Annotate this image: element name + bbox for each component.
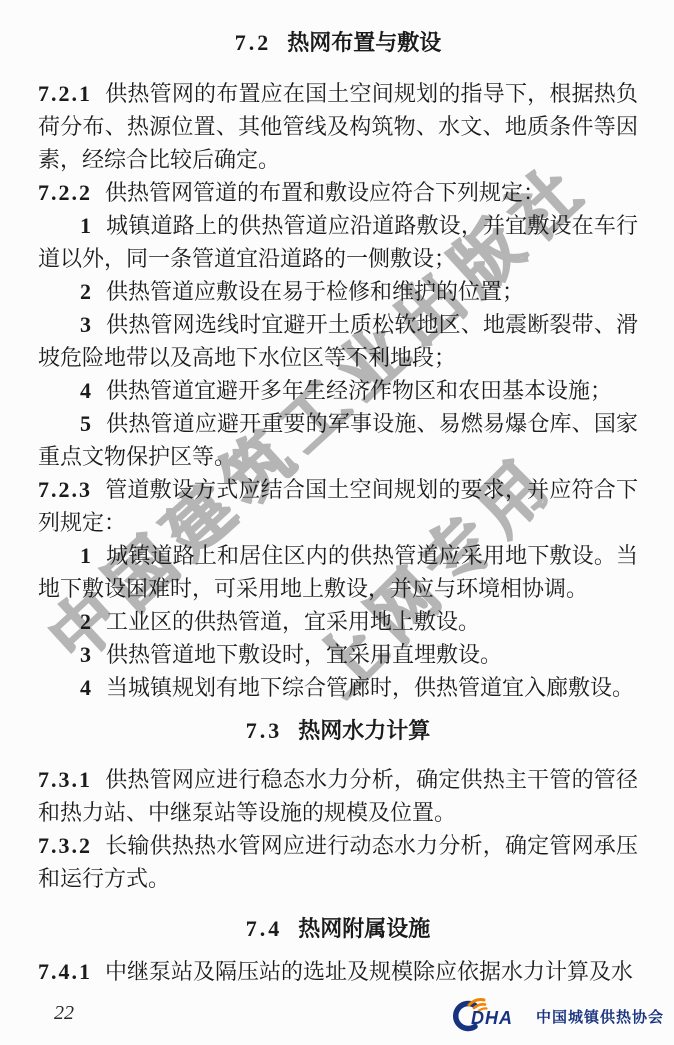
- item-number: 4: [80, 675, 91, 700]
- item-text: 供热管道应敷设在易于检修和维护的位置；: [106, 279, 524, 304]
- item-number: 2: [80, 609, 91, 634]
- list-item: 3供热管道地下敷设时，宜采用直埋敷设。: [38, 638, 638, 671]
- section-heading-7-3: 7.3热网水力计算: [38, 714, 638, 747]
- section-title: 热网水力计算: [298, 718, 430, 743]
- clause-number: 7.3.1: [38, 767, 92, 792]
- clause-text: 供热管网应进行稳态水力分析，确定供热主干管的管径和热力站、中继泵站等设施的规模及…: [38, 767, 638, 825]
- item-text: 供热管道宜避开多年生经济作物区和农田基本设施；: [106, 378, 612, 403]
- item-text: 工业区的供热管道，宜采用地上敷设。: [106, 609, 480, 634]
- clause-text: 中继泵站及隔压站的选址及规模除应依据水力计算及水: [105, 959, 633, 984]
- page-number: 22: [54, 1002, 74, 1025]
- clause-number: 7.2.2: [38, 180, 92, 205]
- clause-7-4-1: 7.4.1中继泵站及隔压站的选址及规模除应依据水力计算及水: [38, 955, 638, 988]
- dha-logo-icon: DHA: [449, 997, 529, 1035]
- association-name: 中国城镇供热协会: [536, 1006, 664, 1027]
- section-title: 热网布置与敷设: [287, 30, 441, 55]
- clause-text: 管道敷设方式应结合国土空间规划的要求，并应符合下列规定：: [38, 477, 638, 535]
- section-number: 7.3: [246, 718, 283, 743]
- clause-7-2-2: 7.2.2供热管网管道的布置和敷设应符合下列规定：: [38, 176, 638, 209]
- clause-number: 7.2.3: [38, 477, 92, 502]
- clause-7-2-3: 7.2.3管道敷设方式应结合国土空间规划的要求，并应符合下列规定：: [38, 473, 638, 539]
- item-number: 2: [80, 279, 91, 304]
- list-item: 1城镇道路上和居住区内的供热管道应采用地下敷设。当地下敷设困难时，可采用地上敷设…: [38, 539, 638, 605]
- item-text: 城镇道路上的供热管道应沿道路敷设，并宜敷设在车行道以外，同一条管道宜沿道路的一侧…: [38, 213, 638, 271]
- section-heading-7-4: 7.4热网附属设施: [38, 912, 638, 945]
- clause-text: 供热管网的布置应在国土空间规划的指导下，根据热负荷分布、热源位置、其他管线及构筑…: [38, 81, 638, 172]
- section-heading-7-2: 7.2热网布置与敷设: [38, 26, 638, 59]
- clause-number: 7.4.1: [38, 959, 92, 984]
- list-item: 1城镇道路上的供热管道应沿道路敷设，并宜敷设在车行道以外，同一条管道宜沿道路的一…: [38, 209, 638, 275]
- section-number: 7.2: [235, 30, 272, 55]
- item-number: 4: [80, 378, 91, 403]
- list-item: 2工业区的供热管道，宜采用地上敷设。: [38, 605, 638, 638]
- clause-7-2-1: 7.2.1供热管网的布置应在国土空间规划的指导下，根据热负荷分布、热源位置、其他…: [38, 77, 638, 176]
- item-number: 1: [80, 543, 91, 568]
- item-number: 3: [80, 312, 91, 337]
- item-text: 供热管网选线时宜避开土质松软地区、地震断裂带、滑坡危险地带以及高地下水位区等不利…: [38, 312, 638, 370]
- item-number: 3: [80, 642, 91, 667]
- clause-text: 长输供热热水管网应进行动态水力分析，确定管网承压和运行方式。: [38, 833, 638, 891]
- association-logo: DHA 中国城镇供热协会: [449, 997, 664, 1035]
- list-item: 4供热管道宜避开多年生经济作物区和农田基本设施；: [38, 374, 638, 407]
- clause-7-3-2: 7.3.2长输供热热水管网应进行动态水力分析，确定管网承压和运行方式。: [38, 829, 638, 895]
- item-text: 城镇道路上和居住区内的供热管道应采用地下敷设。当地下敷设困难时，可采用地上敷设，…: [38, 543, 638, 601]
- document-page: 中国建筑工业出版社 上网专用 7.2热网布置与敷设 7.2.1供热管网的布置应在…: [0, 0, 674, 1045]
- list-item: 2供热管道应敷设在易于检修和维护的位置；: [38, 275, 638, 308]
- item-number: 1: [80, 213, 91, 238]
- logo-acronym: DHA: [471, 1008, 513, 1028]
- clause-number: 7.2.1: [38, 81, 92, 106]
- item-number: 5: [80, 411, 91, 436]
- page-content: 7.2热网布置与敷设 7.2.1供热管网的布置应在国土空间规划的指导下，根据热负…: [38, 0, 638, 988]
- clause-7-3-1: 7.3.1供热管网应进行稳态水力分析，确定供热主干管的管径和热力站、中继泵站等设…: [38, 763, 638, 829]
- clause-text: 供热管网管道的布置和敷设应符合下列规定：: [105, 180, 545, 205]
- item-text: 供热管道地下敷设时，宜采用直埋敷设。: [106, 642, 502, 667]
- section-number: 7.4: [246, 916, 283, 941]
- list-item: 5供热管道应避开重要的军事设施、易燃易爆仓库、国家重点文物保护区等。: [38, 407, 638, 473]
- clause-number: 7.3.2: [38, 833, 92, 858]
- list-item: 3供热管网选线时宜避开土质松软地区、地震断裂带、滑坡危险地带以及高地下水位区等不…: [38, 308, 638, 374]
- list-item: 4当城镇规划有地下综合管廊时，供热管道宜入廊敷设。: [38, 671, 638, 704]
- item-text: 供热管道应避开重要的军事设施、易燃易爆仓库、国家重点文物保护区等。: [38, 411, 638, 469]
- section-title: 热网附属设施: [298, 916, 430, 941]
- item-text: 当城镇规划有地下综合管廊时，供热管道宜入廊敷设。: [106, 675, 634, 700]
- page-footer: 22 DHA 中国城镇供热协会: [0, 995, 674, 1041]
